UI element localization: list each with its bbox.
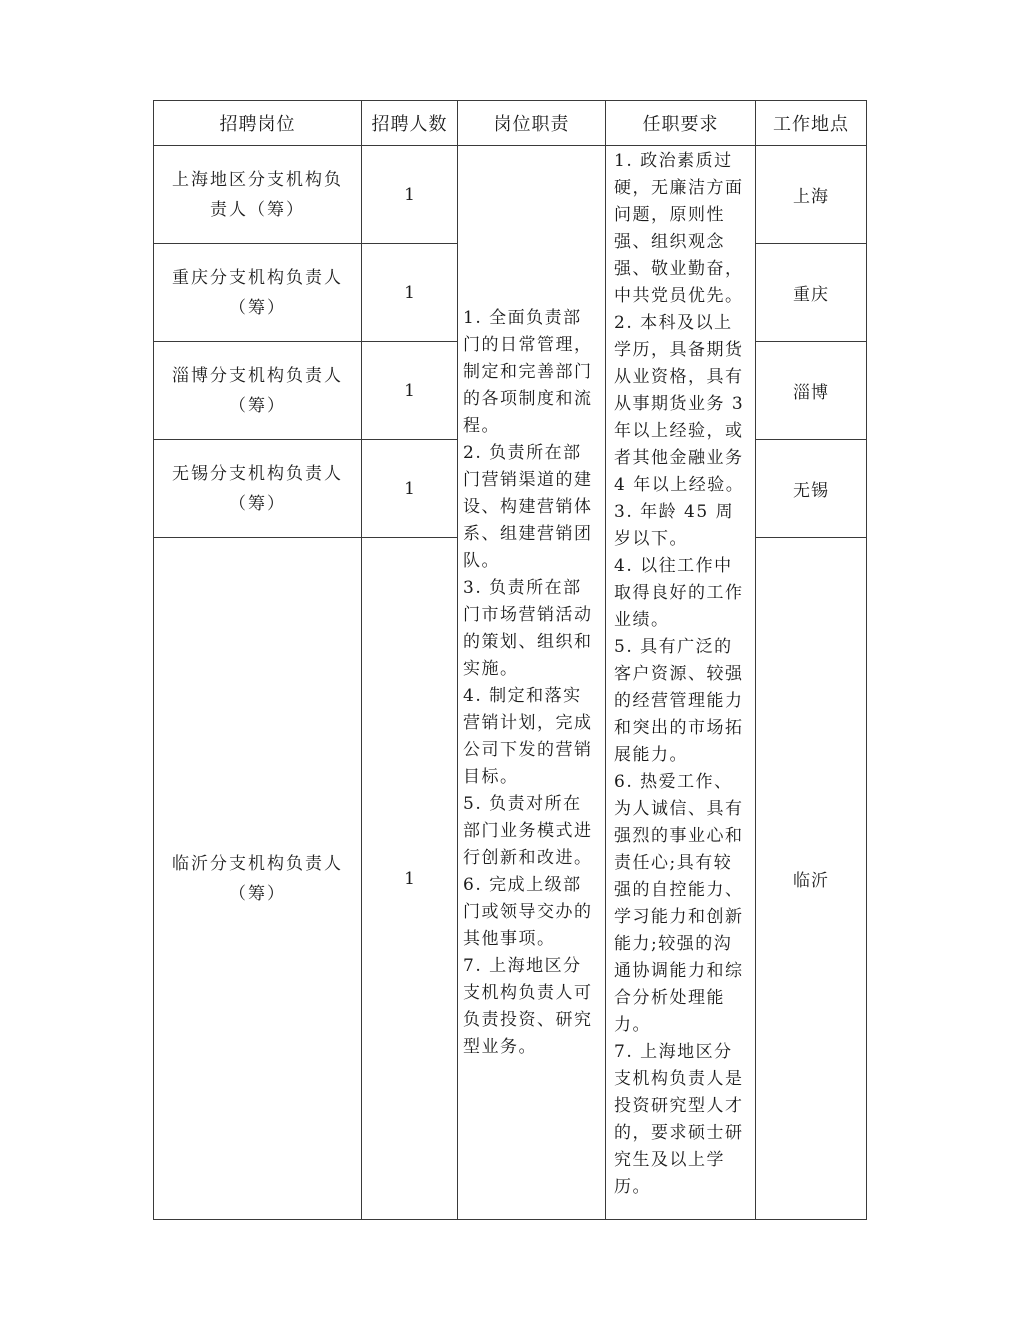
position-zibo: 淄博分支机构负责人（筹）	[154, 342, 362, 440]
position-wuxi: 无锡分支机构负责人（筹）	[154, 440, 362, 538]
header-requirements: 任职要求	[606, 101, 756, 146]
header-position: 招聘岗位	[154, 101, 362, 146]
location-zibo: 淄博	[756, 342, 867, 440]
headcount-shanghai: 1	[362, 146, 458, 244]
location-wuxi: 无锡	[756, 440, 867, 538]
recruitment-table: 招聘岗位 招聘人数 岗位职责 任职要求 工作地点 上海地区分支机构负责人（筹） …	[153, 100, 867, 1220]
header-location: 工作地点	[756, 101, 867, 146]
headcount-chongqing: 1	[362, 244, 458, 342]
responsibilities-text: 1. 全面负责部门的日常管理，制定和完善部门的各项制度和流程。 2. 负责所在部…	[458, 146, 606, 1220]
requirements-text: 1. 政治素质过硬，无廉洁方面问题，原则性强、组织观念强、敬业勤奋，中共党员优先…	[606, 146, 756, 1220]
table-header-row: 招聘岗位 招聘人数 岗位职责 任职要求 工作地点	[154, 101, 867, 146]
headcount-wuxi: 1	[362, 440, 458, 538]
header-responsibilities: 岗位职责	[458, 101, 606, 146]
position-shanghai: 上海地区分支机构负责人（筹）	[154, 146, 362, 244]
header-headcount: 招聘人数	[362, 101, 458, 146]
location-chongqing: 重庆	[756, 244, 867, 342]
table-row: 上海地区分支机构负责人（筹） 1 1. 全面负责部门的日常管理，制定和完善部门的…	[154, 146, 867, 244]
headcount-zibo: 1	[362, 342, 458, 440]
position-chongqing: 重庆分支机构负责人（筹）	[154, 244, 362, 342]
headcount-linyi: 1	[362, 538, 458, 1220]
location-linyi: 临沂	[756, 538, 867, 1220]
location-shanghai: 上海	[756, 146, 867, 244]
position-linyi: 临沂分支机构负责人（筹）	[154, 538, 362, 1220]
